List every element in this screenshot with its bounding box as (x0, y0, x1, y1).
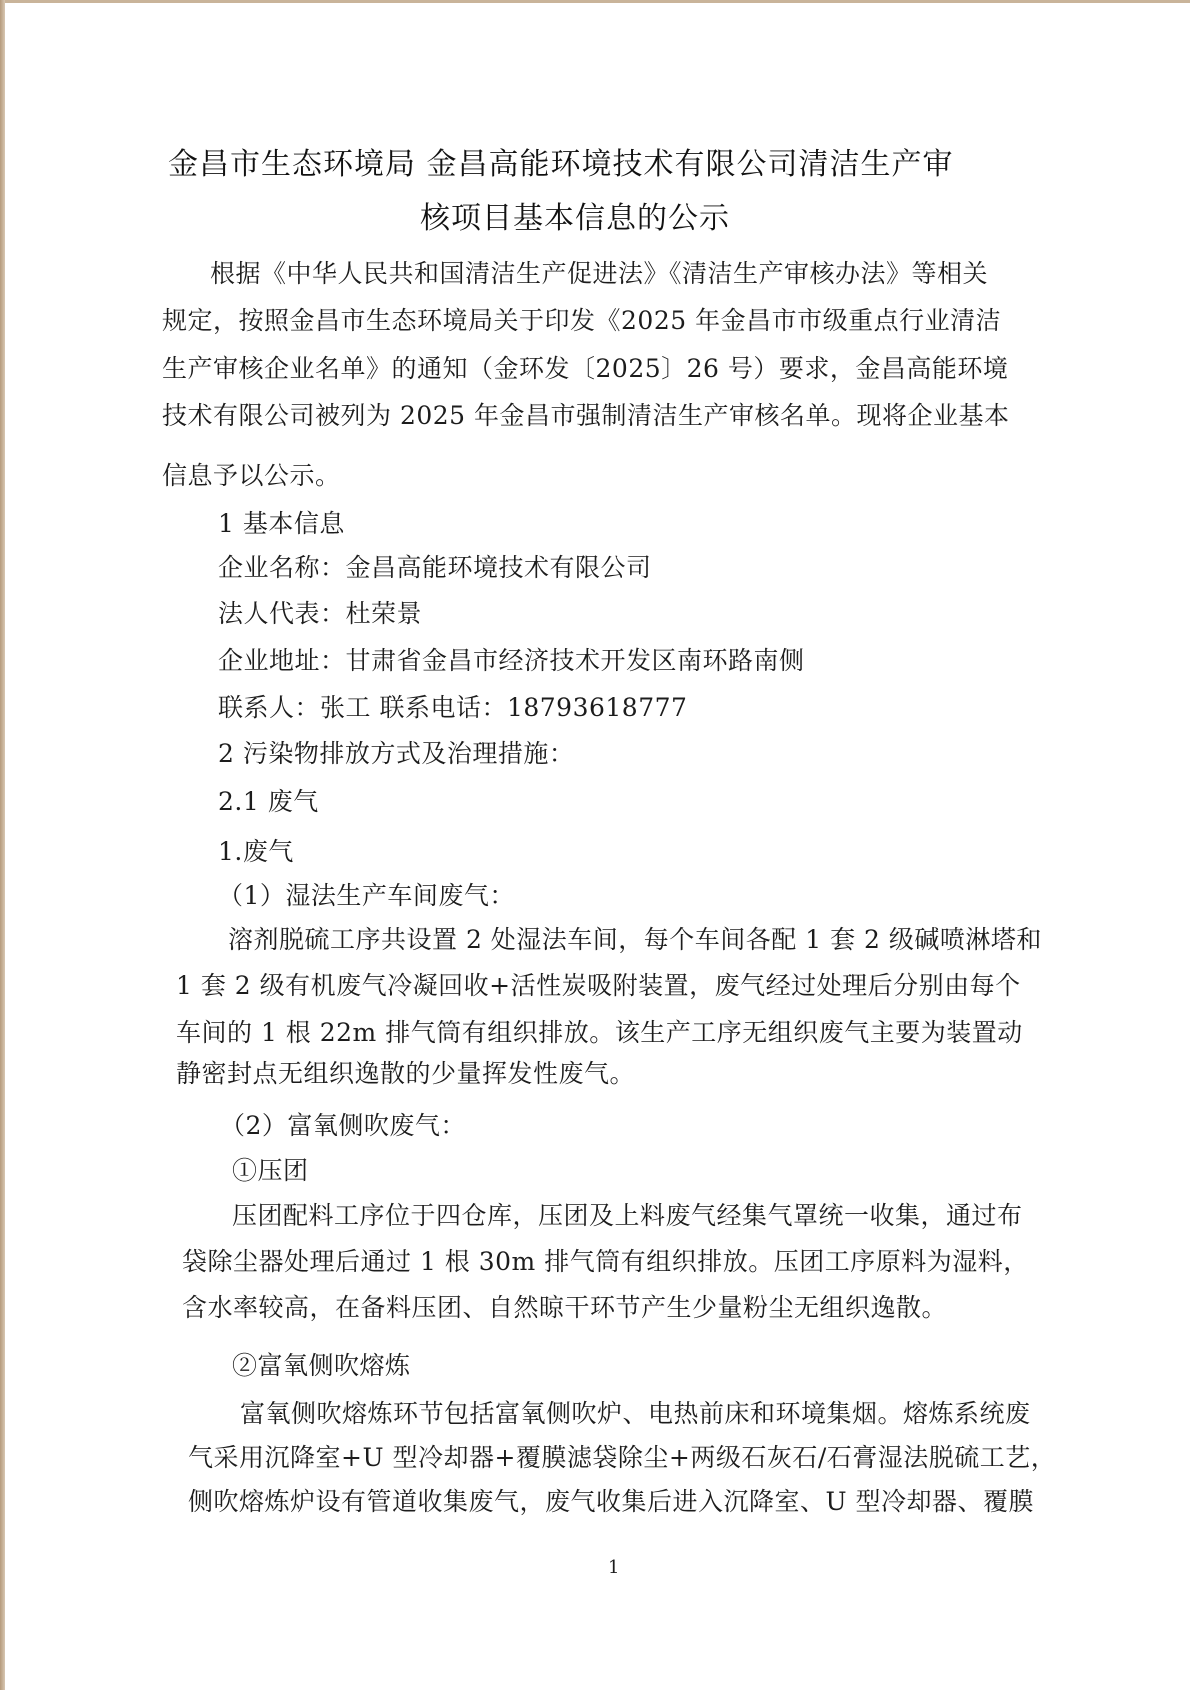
page-number: 1 (608, 1557, 619, 1579)
contact-info: 联系人：张工 联系电话：18793618777 (218, 692, 687, 724)
part-1-line: 车间的 1 根 22m 排气筒有组织排放。该生产工序无组织废气主要为装置动 (176, 1017, 1023, 1049)
intro-line: 规定，按照金昌市生态环境局关于印发《2025 年金昌市市级重点行业清洁 (162, 305, 1001, 337)
sub-2-line: 气采用沉降室+U 型冷却器+覆膜滤袋除尘+两级石灰石/石膏湿法脱硫工艺， (188, 1442, 1056, 1474)
intro-line: 信息予以公示。 (162, 460, 341, 492)
document-page: 金昌市生态环境局 金昌高能环境技术有限公司清洁生产审 核项目基本信息的公示 根据… (0, 0, 1190, 1690)
page-title-line-2: 核项目基本信息的公示 (420, 200, 730, 238)
part-1-line: 溶剂脱硫工序共设置 2 处湿法车间，每个车间各配 1 套 2 级碱喷淋塔和 (228, 924, 1042, 956)
intro-line: 技术有限公司被列为 2025 年金昌市强制清洁生产审核名单。现将企业基本 (162, 400, 1010, 432)
part-1-heading: （1）湿法生产车间废气： (218, 880, 515, 912)
section-2-heading: 2 污染物排放方式及治理措施： (218, 738, 574, 770)
sub-2-heading: ②富氧侧吹熔炼 (232, 1350, 411, 1382)
company-address: 企业地址：甘肃省金昌市经济技术开发区南环路南侧 (218, 645, 805, 677)
intro-line: 生产审核企业名单》的通知（金环发〔2025〕26 号）要求，金昌高能环境 (162, 353, 1008, 385)
sub-1-line: 含水率较高，在备料压团、自然晾干环节产生少量粉尘无组织逸散。 (182, 1292, 947, 1324)
part-1-line: 静密封点无组织逸散的少量挥发性废气。 (176, 1058, 635, 1090)
legal-representative: 法人代表：杜荣景 (218, 598, 422, 630)
section-2-1-heading: 2.1 废气 (218, 786, 319, 818)
item-heading-waste-gas: 1.废气 (218, 836, 294, 868)
sub-1-line: 压团配料工序位于四仓库，压团及上料废气经集气罩统一收集，通过布 (232, 1200, 1023, 1232)
section-1-heading: 1 基本信息 (218, 508, 345, 540)
part-1-line: 1 套 2 级有机废气冷凝回收+活性炭吸附装置，废气经过处理后分别由每个 (176, 970, 1021, 1002)
intro-line: 根据《中华人民共和国清洁生产促进法》《清洁生产审核办法》等相关 (210, 258, 988, 290)
sub-2-line: 侧吹熔炼炉设有管道收集废气，废气收集后进入沉降室、U 型冷却器、覆膜 (188, 1486, 1034, 1518)
company-name: 企业名称：金昌高能环境技术有限公司 (218, 552, 652, 584)
part-2-heading: （2）富氧侧吹废气： (220, 1110, 466, 1142)
sub-1-line: 袋除尘器处理后通过 1 根 30m 排气筒有组织排放。压团工序原料为湿料， (182, 1246, 1029, 1278)
sub-2-line: 富氧侧吹熔炼环节包括富氧侧吹炉、电热前床和环境集烟。熔炼系统废 (240, 1398, 1031, 1430)
sub-1-heading: ①压团 (232, 1155, 309, 1187)
page-title-line-1: 金昌市生态环境局 金昌高能环境技术有限公司清洁生产审 (168, 146, 954, 184)
